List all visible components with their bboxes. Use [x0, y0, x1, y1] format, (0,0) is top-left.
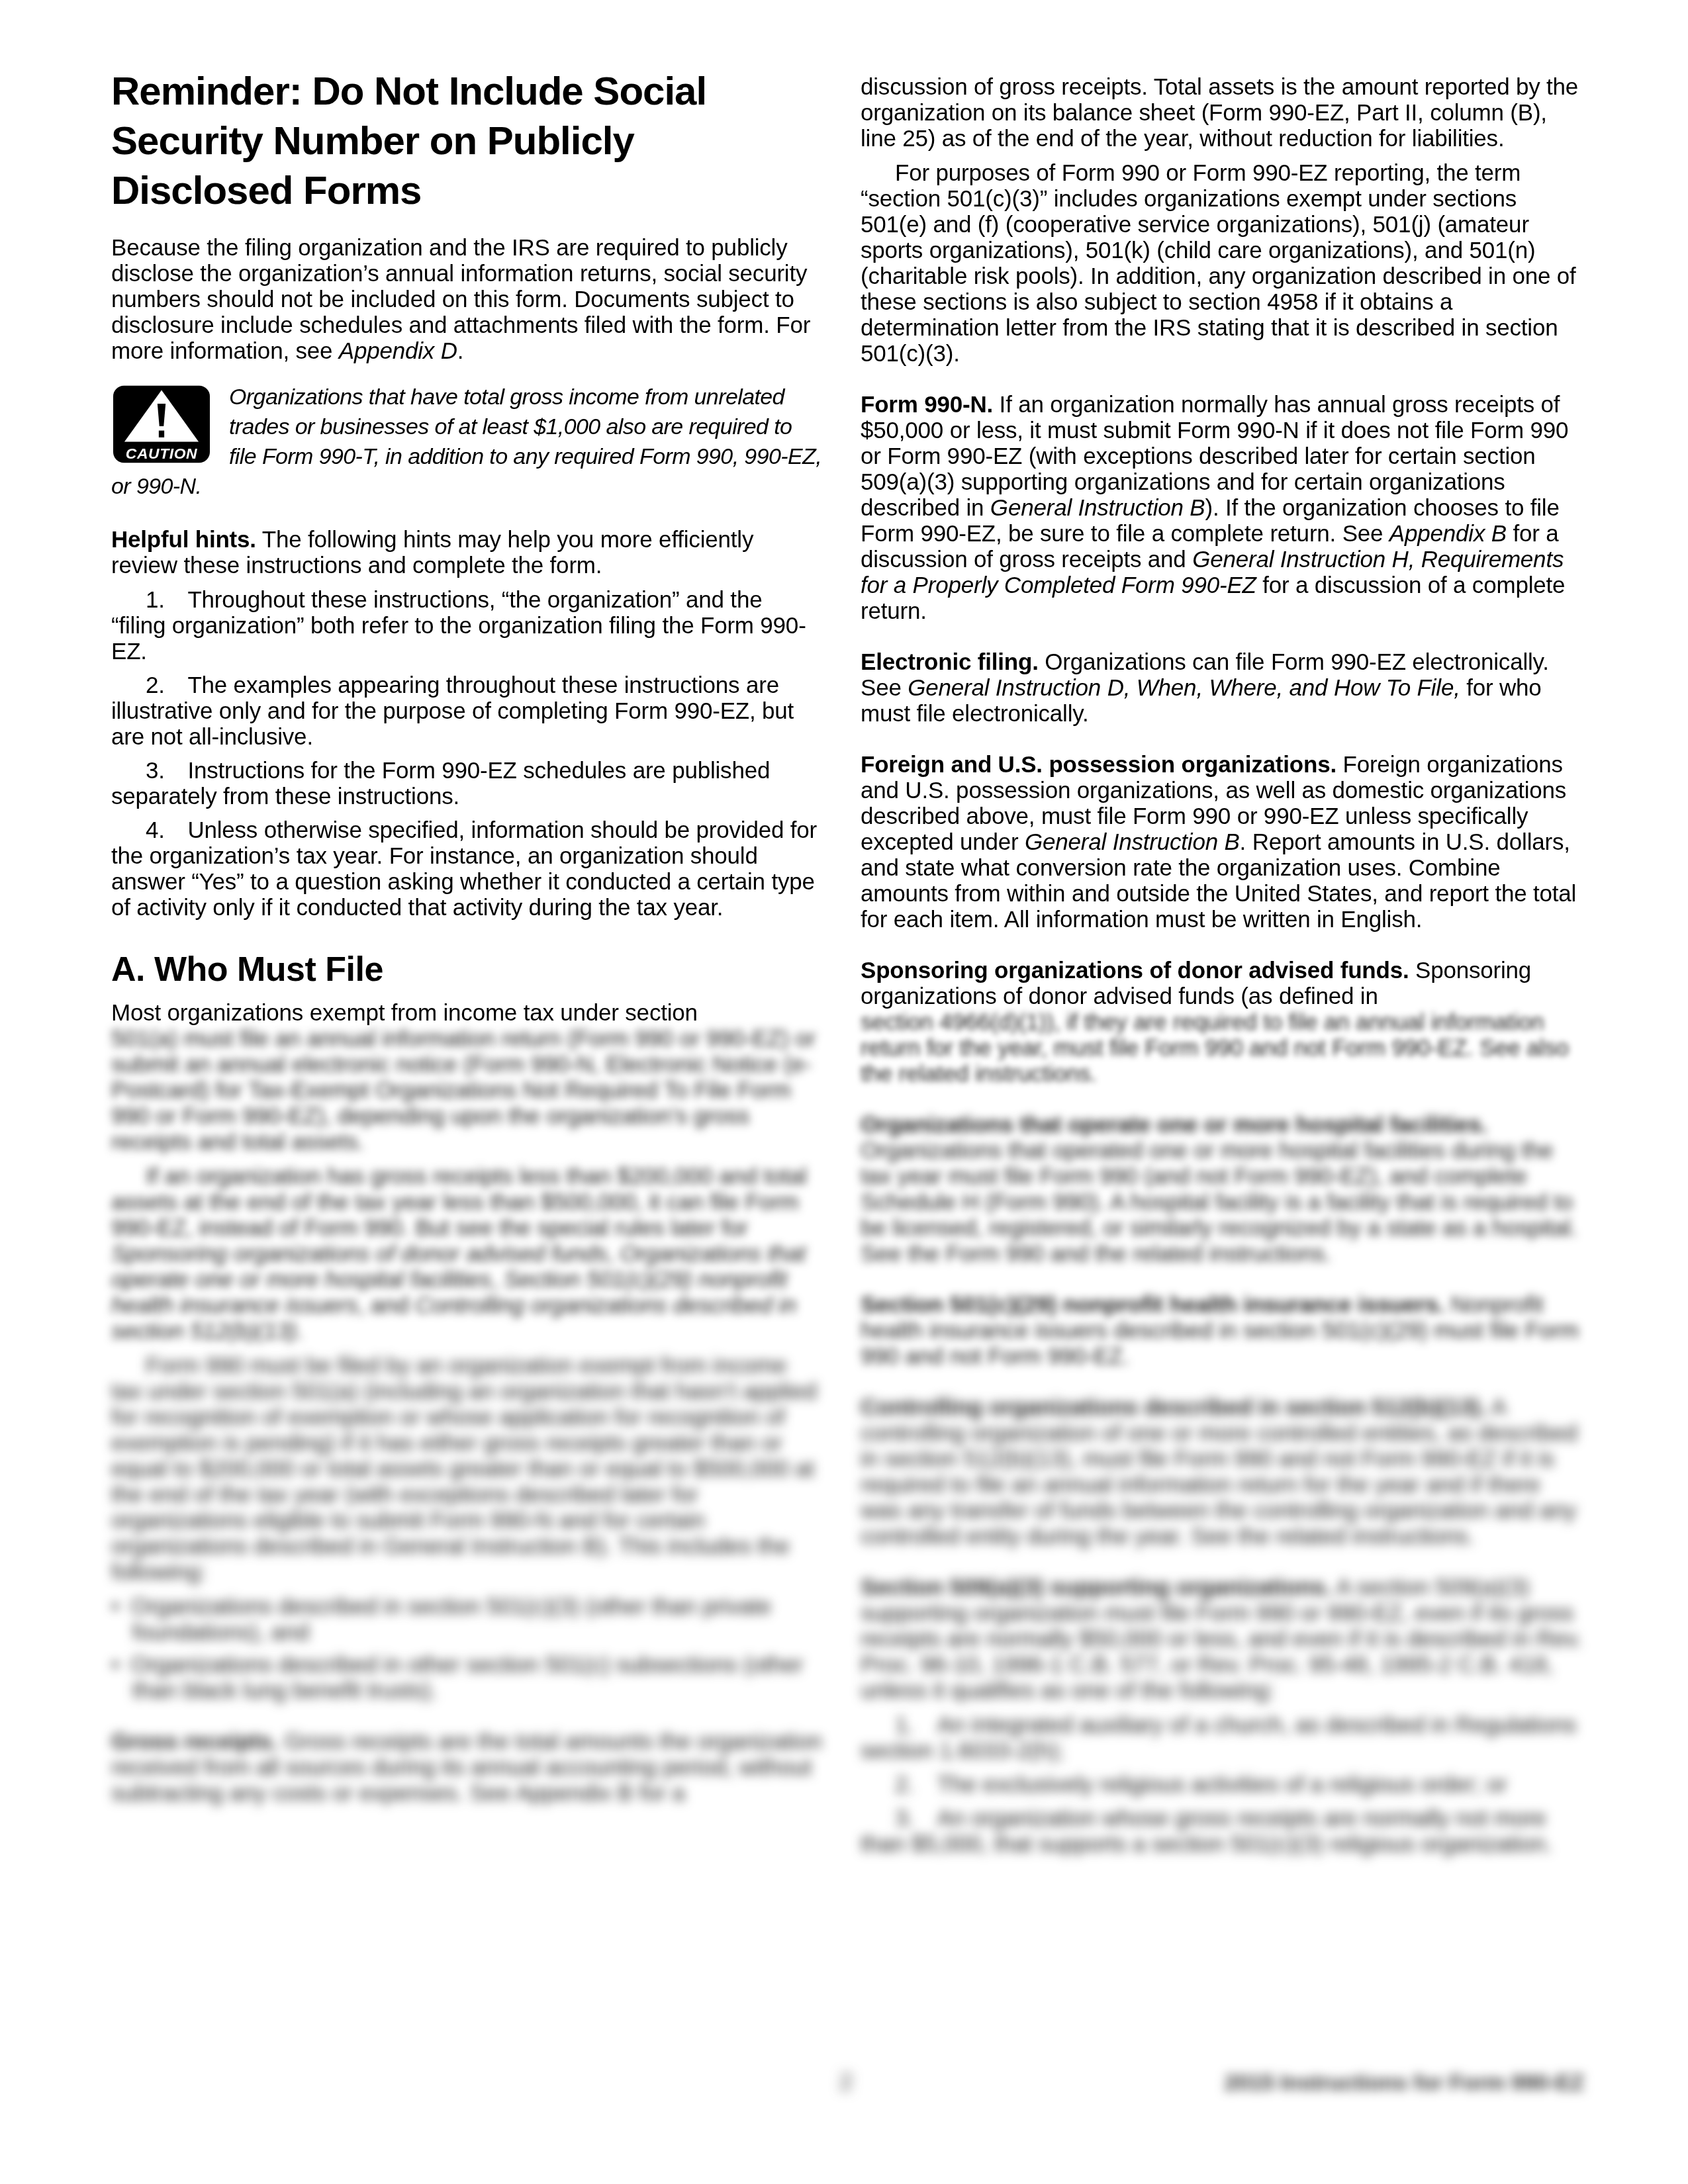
blurred-bullet-item: • Organizations described in other secti…	[111, 1652, 823, 1704]
blurred-health-insurance-issuers: Section 501(c)(29) nonprofit health insu…	[861, 1292, 1585, 1369]
blurred-supporting-organizations: Section 509(a)(3) supporting organizatio…	[861, 1574, 1585, 1704]
caution-note: CAUTIONOrganizations that have total gro…	[111, 383, 823, 502]
bullet-marker: •	[111, 1594, 130, 1619]
helpful-hints-paragraph: Helpful hints. The following hints may h…	[111, 527, 823, 578]
caution-label: CAUTION	[126, 445, 197, 462]
list-marker: 2.	[146, 672, 187, 698]
who-must-file-heading: A. Who Must File	[111, 950, 823, 989]
who-must-file-lead: Most organizations exempt from income ta…	[111, 1000, 823, 1026]
blurred-bullet-item: • Organizations described in section 501…	[111, 1594, 823, 1645]
list-marker: 4.	[146, 817, 187, 843]
section-501c3-paragraph: For purposes of Form 990 or Form 990-EZ …	[861, 160, 1585, 367]
document-page: Reminder: Do Not Include Social Security…	[0, 0, 1688, 2184]
left-column: Reminder: Do Not Include Social Security…	[111, 50, 823, 1815]
footer-document-reference: 2015 Instructions for Form 990-EZ	[1225, 2070, 1584, 2096]
hint-item-2: 2. The examples appearing throughout the…	[111, 672, 823, 750]
blurred-paragraph: Form 990 must be filed by an organizatio…	[111, 1353, 823, 1585]
right-column: discussion of gross receipts. Total asse…	[861, 74, 1585, 1865]
sponsoring-organizations-lead: Sponsoring organizations of donor advise…	[861, 958, 1585, 1009]
hint-item-3: 3. Instructions for the Form 990-EZ sche…	[111, 758, 823, 809]
blurred-list-item: 2. The exclusively religious activities …	[861, 1772, 1585, 1797]
hint-item-4: 4. Unless otherwise specified, informati…	[111, 817, 823, 921]
list-marker: 3.	[895, 1805, 937, 1831]
caution-icon: CAUTION	[111, 385, 212, 463]
reminder-title: Reminder: Do Not Include Social Security…	[111, 66, 823, 215]
blurred-list-item: 3. An organization whose gross receipts …	[861, 1805, 1585, 1857]
page-number: 2	[831, 2069, 861, 2095]
blurred-paragraph: If an organization has gross receipts le…	[111, 1163, 823, 1344]
blurred-hospital-facilities: Organizations that operate one or more h…	[861, 1112, 1585, 1267]
list-marker: 2.	[895, 1772, 937, 1797]
total-assets-paragraph: discussion of gross receipts. Total asse…	[861, 74, 1585, 152]
blurred-gross-receipts: Gross receipts. Gross receipts are the t…	[111, 1729, 823, 1806]
list-marker: 1.	[895, 1712, 937, 1738]
reminder-paragraph: Because the filing organization and the …	[111, 235, 823, 364]
list-marker: 3.	[146, 758, 187, 784]
electronic-filing-paragraph: Electronic filing. Organizations can fil…	[861, 649, 1585, 727]
blurred-controlling-organizations: Controlling organizations described in s…	[861, 1394, 1585, 1549]
list-marker: 1.	[146, 587, 187, 613]
form-990n-paragraph: Form 990-N. If an organization normally …	[861, 392, 1585, 624]
blurred-paragraph: 501(a) must file an annual information r…	[111, 1026, 823, 1155]
hint-item-1: 1. Throughout these instructions, “the o…	[111, 587, 823, 664]
bullet-marker: •	[111, 1652, 130, 1678]
blurred-list-item: 1. An integrated auxiliary of a church, …	[861, 1712, 1585, 1764]
blurred-paragraph: section 4966(d)(1)), if they are require…	[861, 1009, 1585, 1087]
foreign-organizations-paragraph: Foreign and U.S. possession organization…	[861, 752, 1585, 933]
